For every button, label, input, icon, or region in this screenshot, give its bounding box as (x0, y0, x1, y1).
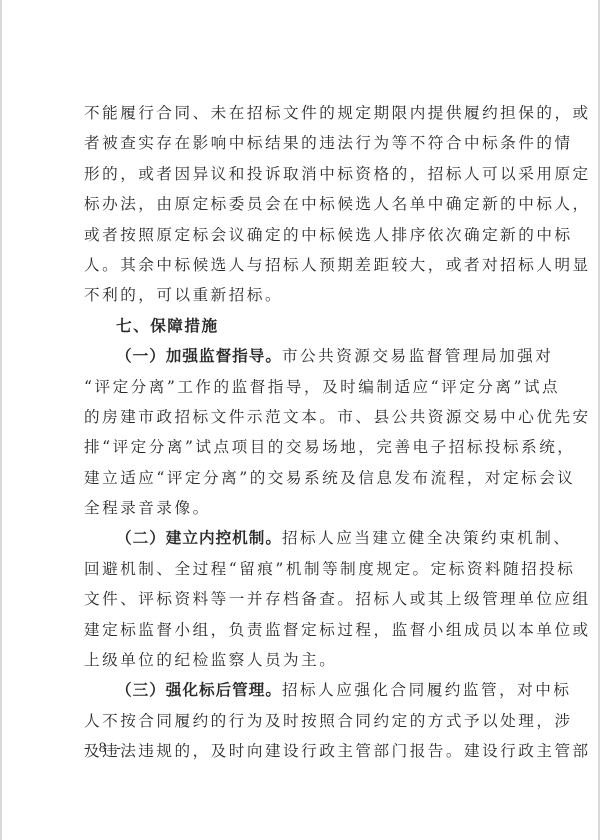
text-line: 的房建市政招标文件示范文本。市、县公共资源交易中心优先安 (84, 402, 520, 432)
subsection-lead: （三）强化标后管理。 (116, 681, 282, 699)
text-span: 市公共资源交易监督管理局加强对 (282, 347, 553, 365)
text-line: 不能履行合同、未在招标文件的规定期限内提供履约担保的，或 (84, 98, 520, 128)
text-line: 建立适应“评定分离”的交易系统及信息发布流程，对定标会议 (84, 463, 520, 493)
text-line: 排“评定分离”试点项目的交易场地，完善电子招标投标系统， (84, 432, 520, 462)
text-line: 或者按照原定标会议确定的中标候选人排序依次确定新的中标 (84, 220, 520, 250)
text-line: 标办法，由原定标委员会在中标候选人名单中确定新的中标人， (84, 189, 520, 219)
text-line: “评定分离”工作的监督指导，及时编制适应“评定分离”试点 (84, 372, 520, 402)
text-line: 上级单位的纪检监察人员为主。 (84, 645, 520, 675)
subsection-first-line: （三）强化标后管理。招标人应强化合同履约监管，对中标 (84, 675, 520, 705)
text-line: 建定标监督小组，负责监督定标过程，监督小组成员以本单位或 (84, 615, 520, 645)
subsection-lead: （一）加强监督指导。 (116, 347, 282, 365)
text-line: 文件、评标资料等一并存档备查。招标人或其上级管理单位应组 (84, 584, 520, 614)
text-span: 招标人应当建立健全决策约束机制、 (282, 529, 572, 547)
page-edge-left (0, 0, 2, 840)
subsection-internal-control: （二）建立内控机制。招标人应当建立健全决策约束机制、 回避机制、全过程“留痕”机… (84, 523, 520, 675)
subsection-first-line: （二）建立内控机制。招标人应当建立健全决策约束机制、 (84, 523, 520, 553)
text-line: 全程录音录像。 (84, 493, 520, 523)
subsection-post-award: （三）强化标后管理。招标人应强化合同履约监管，对中标 人不按合同履约的行为及时按… (84, 675, 520, 766)
subsection-lead: （二）建立内控机制。 (116, 529, 282, 547)
text-span: 招标人应强化合同履约监管，对中标 (282, 681, 572, 699)
page-number: - 8 - (84, 740, 124, 757)
continued-paragraph: 不能履行合同、未在招标文件的规定期限内提供履约担保的，或 者被查实存在影响中标结… (84, 98, 520, 311)
subsection-supervision: （一）加强监督指导。市公共资源交易监督管理局加强对 “评定分离”工作的监督指导，… (84, 341, 520, 523)
text-line: 人不按合同履约的行为及时按照合同约定的方式予以处理，涉 (84, 706, 520, 736)
text-line: 者被查实存在影响中标结果的违法行为等不符合中标条件的情 (84, 128, 520, 158)
text-line: 回避机制、全过程“留痕”机制等制度规定。定标资料随招投标 (84, 554, 520, 584)
text-line: 人。其余中标候选人与招标人预期差距较大，或者对招标人明显 (84, 250, 520, 280)
section-heading: 七、保障措施 (84, 311, 520, 341)
text-line: 形的，或者因异议和投诉取消中标资格的，招标人可以采用原定 (84, 159, 520, 189)
document-page: 不能履行合同、未在招标文件的规定期限内提供履约担保的，或 者被查实存在影响中标结… (84, 98, 520, 767)
subsection-first-line: （一）加强监督指导。市公共资源交易监督管理局加强对 (84, 341, 520, 371)
text-line: 及违法违规的，及时向建设行政主管部门报告。建设行政主管部 (84, 736, 520, 766)
text-line: 不利的，可以重新招标。 (84, 280, 520, 310)
